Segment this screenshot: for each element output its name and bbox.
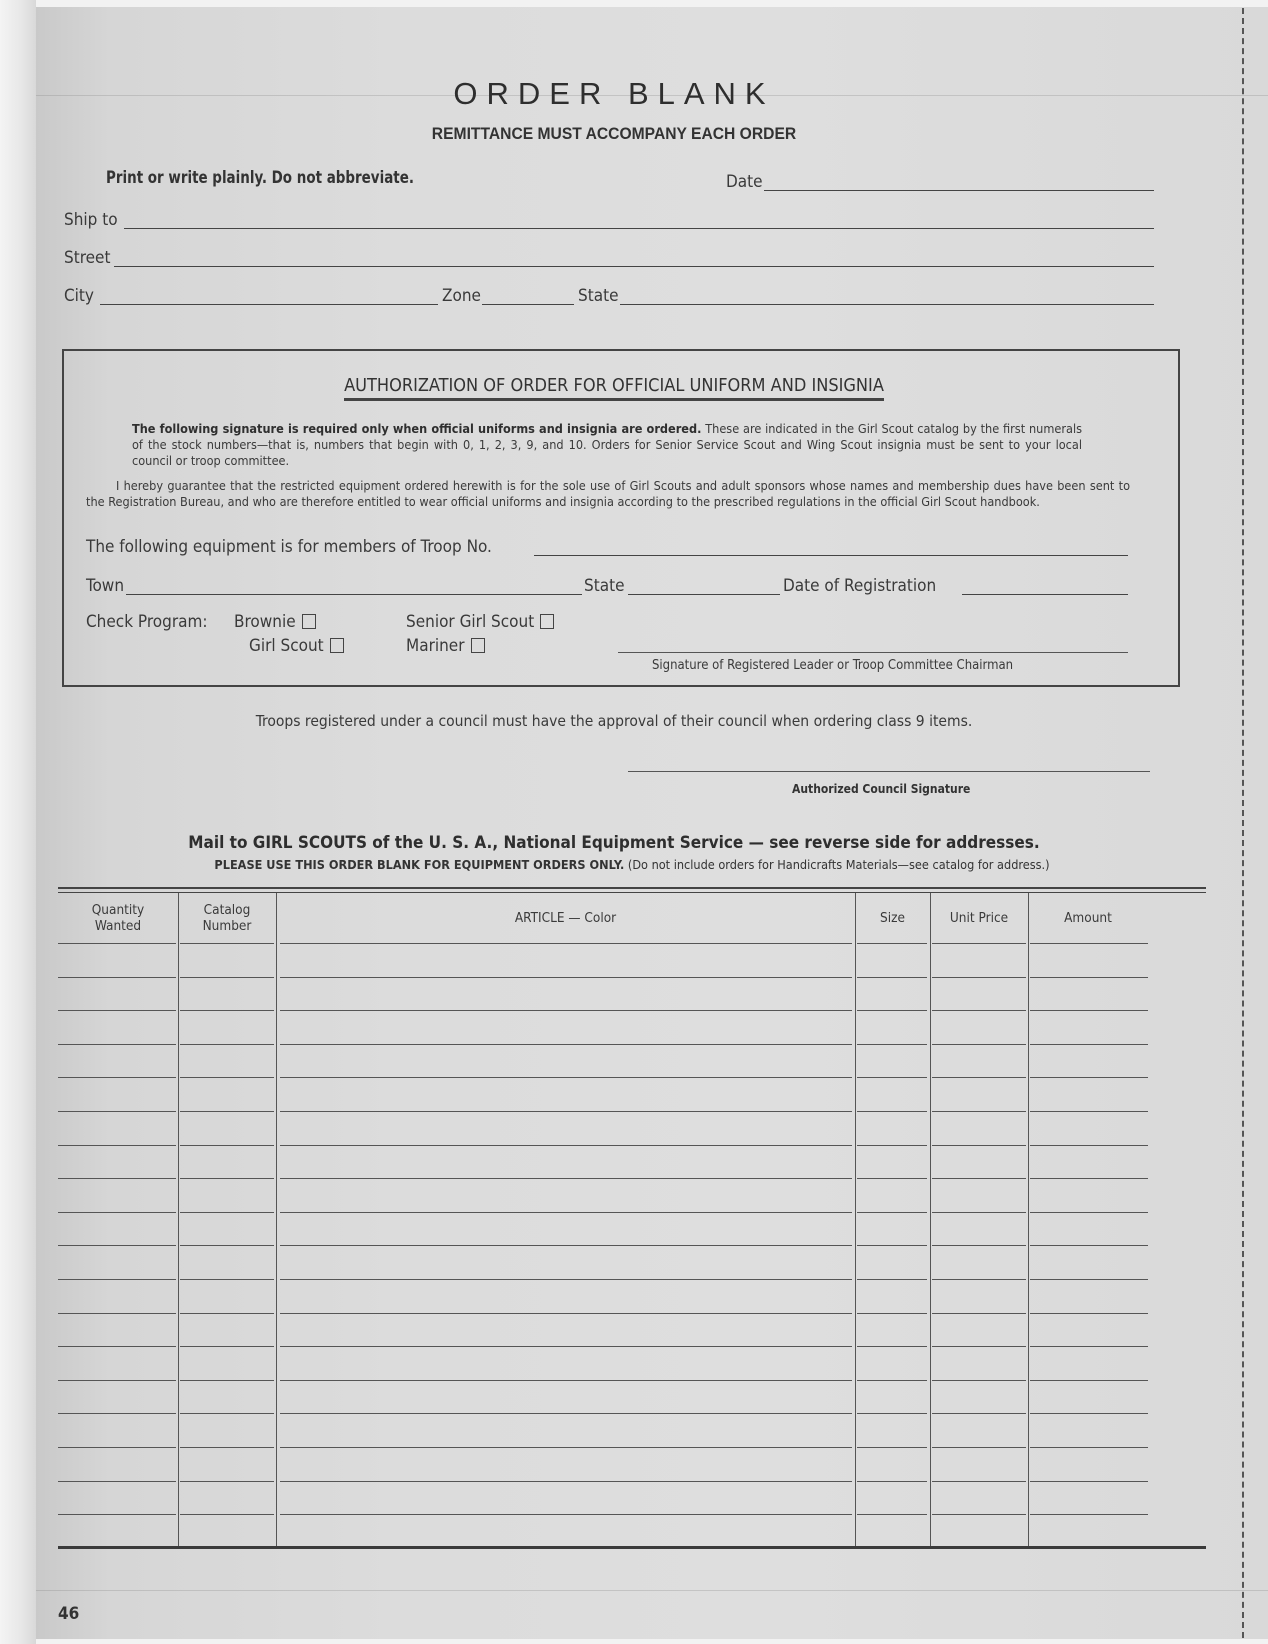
table-row-line[interactable]	[932, 1044, 1026, 1045]
table-row-line[interactable]	[932, 1145, 1026, 1146]
state-label: State	[578, 286, 618, 306]
header-quantity-line1: Quantity	[58, 902, 178, 918]
table-row-line[interactable]	[280, 943, 852, 944]
table-row-line[interactable]	[932, 977, 1026, 978]
table-row-line[interactable]	[280, 1145, 852, 1146]
page-title: ORDER BLANK	[0, 76, 1228, 112]
table-row-line[interactable]	[280, 1077, 852, 1078]
table-row-line[interactable]	[932, 1111, 1026, 1112]
remittance-notice: REMITTANCE MUST ACCOMPANY EACH ORDER	[49, 124, 1179, 144]
table-row-line[interactable]	[1030, 1413, 1148, 1414]
table-row-line[interactable]	[58, 1077, 176, 1078]
authorization-requirement-bold: The following signature is required only…	[132, 421, 701, 436]
table-row-line[interactable]	[857, 1279, 927, 1280]
table-row-line[interactable]	[857, 977, 927, 978]
table-row-line[interactable]	[857, 1346, 927, 1347]
table-row-line[interactable]	[932, 1010, 1026, 1011]
senior-girl-scout-checkbox[interactable]	[540, 614, 554, 629]
table-row-line[interactable]	[180, 1380, 274, 1381]
table-row-line[interactable]	[180, 943, 274, 944]
date-label: Date	[726, 172, 763, 192]
table-row-line[interactable]	[1030, 1245, 1148, 1246]
ship-to-label: Ship to	[64, 210, 118, 230]
program-option-mariner[interactable]: Mariner	[406, 636, 485, 656]
mariner-checkbox[interactable]	[471, 638, 485, 653]
equipment-only-bold: PLEASE USE THIS ORDER BLANK FOR EQUIPMEN…	[214, 857, 624, 872]
equipment-only-rest: (Do not include orders for Handicrafts M…	[624, 857, 1049, 872]
table-row-line[interactable]	[857, 1245, 927, 1246]
program-brownie-label: Brownie	[234, 612, 296, 632]
table-row-line[interactable]	[1030, 1111, 1148, 1112]
table-row-line[interactable]	[280, 1413, 852, 1414]
table-row-line[interactable]	[58, 1313, 176, 1314]
fold-line	[36, 1590, 1268, 1591]
table-row-line[interactable]	[58, 1380, 176, 1381]
table-row-line[interactable]	[932, 1313, 1026, 1314]
column-divider	[855, 893, 856, 1546]
table-row-line[interactable]	[280, 977, 852, 978]
table-row-line[interactable]	[857, 1111, 927, 1112]
table-row-line[interactable]	[1030, 1212, 1148, 1213]
table-row-line[interactable]	[1030, 1145, 1148, 1146]
table-row-line[interactable]	[58, 1413, 176, 1414]
table-row-line[interactable]	[857, 1514, 927, 1515]
table-row-line[interactable]	[58, 1111, 176, 1112]
table-row-line[interactable]	[857, 1077, 927, 1078]
program-option-brownie[interactable]: Brownie	[234, 612, 316, 632]
table-row-line[interactable]	[180, 1145, 274, 1146]
table-row-line[interactable]	[180, 1111, 274, 1112]
table-row-line[interactable]	[180, 1346, 274, 1347]
table-row-line[interactable]	[857, 1447, 927, 1448]
table-row-line[interactable]	[932, 1481, 1026, 1482]
auth-state-field[interactable]	[628, 594, 780, 595]
table-row-line[interactable]	[857, 1212, 927, 1213]
table-row-line[interactable]	[932, 1279, 1026, 1280]
table-row-line[interactable]	[857, 1481, 927, 1482]
city-label: City	[64, 286, 94, 306]
table-row-line[interactable]	[180, 1413, 274, 1414]
authorization-guarantee: I hereby guarantee that the restricted e…	[86, 478, 1130, 510]
header-catalog-line1: Catalog	[178, 902, 276, 918]
table-row-line[interactable]	[180, 1077, 274, 1078]
column-divider	[930, 893, 931, 1546]
column-divider	[178, 893, 179, 1546]
table-row-line[interactable]	[857, 1145, 927, 1146]
table-row-line[interactable]	[280, 1313, 852, 1314]
table-row-line[interactable]	[1030, 977, 1148, 978]
state-field[interactable]	[620, 304, 1154, 305]
scan-left-margin	[0, 0, 36, 1644]
leader-signature-caption: Signature of Registered Leader or Troop …	[652, 658, 1013, 673]
table-row-line[interactable]	[1030, 1077, 1148, 1078]
table-row-line[interactable]	[58, 1145, 176, 1146]
council-signature-caption: Authorized Council Signature	[792, 782, 970, 796]
ship-to-field[interactable]	[124, 228, 1154, 229]
table-row-line[interactable]	[1030, 1313, 1148, 1314]
table-row-line[interactable]	[1030, 1178, 1148, 1179]
print-instruction: Print or write plainly. Do not abbreviat…	[106, 168, 414, 188]
page-number: 46	[58, 1604, 79, 1624]
authorization-paragraph-1: The following signature is required only…	[132, 421, 1082, 469]
table-row-line[interactable]	[180, 1010, 274, 1011]
authorization-title-text: AUTHORIZATION OF ORDER FOR OFFICIAL UNIF…	[344, 375, 884, 401]
perforation-cut-line	[1242, 8, 1244, 1638]
table-row-line[interactable]	[932, 1447, 1026, 1448]
header-article-color: ARTICLE — Color	[276, 910, 855, 926]
table-row-line[interactable]	[180, 1481, 274, 1482]
table-row-line[interactable]	[280, 1212, 852, 1213]
table-row-line[interactable]	[932, 1178, 1026, 1179]
table-row-line[interactable]	[180, 1514, 274, 1515]
table-row-line[interactable]	[1030, 1279, 1148, 1280]
table-row-line[interactable]	[932, 1514, 1026, 1515]
mail-to-instruction: Mail to GIRL SCOUTS of the U. S. A., Nat…	[0, 833, 1228, 853]
table-row-line[interactable]	[280, 1346, 852, 1347]
town-field[interactable]	[126, 594, 582, 595]
table-row-line[interactable]	[932, 1212, 1026, 1213]
table-row-line[interactable]	[1030, 1380, 1148, 1381]
program-option-girl-scout[interactable]: Girl Scout	[249, 636, 344, 656]
table-row-line[interactable]	[180, 1178, 274, 1179]
program-mariner-label: Mariner	[406, 636, 465, 656]
auth-state-label: State	[584, 576, 624, 596]
table-row-line[interactable]	[280, 1044, 852, 1045]
table-row-line[interactable]	[857, 1010, 927, 1011]
table-row-line[interactable]	[1030, 943, 1148, 944]
table-row-line[interactable]	[280, 1380, 852, 1381]
table-row-line[interactable]	[932, 943, 1026, 944]
table-row-line[interactable]	[58, 1178, 176, 1179]
date-field[interactable]	[764, 190, 1154, 191]
table-row-line[interactable]	[1030, 1010, 1148, 1011]
header-quantity-wanted: QuantityWanted	[58, 902, 178, 934]
troop-number-label: The following equipment is for members o…	[86, 537, 492, 557]
table-row-line[interactable]	[280, 1010, 852, 1011]
street-field[interactable]	[114, 266, 1154, 267]
table-row-line[interactable]	[857, 943, 927, 944]
table-row-line[interactable]	[932, 1380, 1026, 1381]
table-row-line[interactable]	[857, 1313, 927, 1314]
street-label: Street	[64, 248, 110, 268]
table-row-line[interactable]	[58, 1212, 176, 1213]
troop-number-field[interactable]	[534, 555, 1128, 556]
table-row-line[interactable]	[180, 1313, 274, 1314]
town-label: Town	[86, 576, 124, 596]
table-row-line[interactable]	[58, 1044, 176, 1045]
table-row-line[interactable]	[1030, 1447, 1148, 1448]
program-option-senior-girl-scout[interactable]: Senior Girl Scout	[406, 612, 554, 632]
header-unit-price: Unit Price	[930, 910, 1028, 926]
date-of-registration-label: Date of Registration	[783, 576, 936, 596]
table-bottom-border	[58, 1546, 1206, 1549]
table-row-line[interactable]	[857, 1178, 927, 1179]
header-catalog-number: CatalogNumber	[178, 902, 276, 934]
table-row-line[interactable]	[58, 1346, 176, 1347]
table-row-line[interactable]	[857, 1413, 927, 1414]
order-blank-page	[36, 7, 1268, 1639]
check-program-label: Check Program:	[86, 612, 208, 632]
table-row-line[interactable]	[280, 1447, 852, 1448]
header-catalog-line2: Number	[178, 918, 276, 934]
table-row-line[interactable]	[857, 1044, 927, 1045]
table-row-line[interactable]	[280, 1178, 852, 1179]
date-of-registration-field[interactable]	[962, 594, 1128, 595]
table-row-line[interactable]	[280, 1279, 852, 1280]
table-row-line[interactable]	[58, 1481, 176, 1482]
table-row-line[interactable]	[857, 1380, 927, 1381]
table-row-line[interactable]	[180, 977, 274, 978]
header-size: Size	[855, 910, 930, 926]
table-row-line[interactable]	[932, 1346, 1026, 1347]
header-amount: Amount	[1028, 910, 1148, 926]
table-row-line[interactable]	[58, 1447, 176, 1448]
table-row-line[interactable]	[1030, 1346, 1148, 1347]
table-row-line[interactable]	[180, 1245, 274, 1246]
table-row-line[interactable]	[932, 1077, 1026, 1078]
table-row-line[interactable]	[180, 1212, 274, 1213]
table-row-line[interactable]	[1030, 1044, 1148, 1045]
brownie-checkbox[interactable]	[302, 614, 316, 629]
table-row-line[interactable]	[280, 1245, 852, 1246]
authorization-title: AUTHORIZATION OF ORDER FOR OFFICIAL UNIF…	[0, 375, 1228, 396]
council-signature-field[interactable]	[628, 771, 1150, 772]
table-row-line[interactable]	[932, 1245, 1026, 1246]
table-row-line[interactable]	[58, 943, 176, 944]
column-divider	[276, 893, 277, 1546]
table-row-line[interactable]	[1030, 1514, 1148, 1515]
table-row-line[interactable]	[58, 1279, 176, 1280]
table-row-line[interactable]	[280, 1514, 852, 1515]
zone-field[interactable]	[482, 304, 574, 305]
table-row-line[interactable]	[58, 977, 176, 978]
table-row-line[interactable]	[180, 1447, 274, 1448]
table-row-line[interactable]	[58, 1245, 176, 1246]
council-approval-note: Troops registered under a council must h…	[0, 712, 1228, 730]
table-row-line[interactable]	[280, 1111, 852, 1112]
leader-signature-field[interactable]	[618, 652, 1128, 653]
table-top-border	[58, 887, 1206, 889]
header-quantity-line2: Wanted	[58, 918, 178, 934]
table-row-line[interactable]	[280, 1481, 852, 1482]
program-girl-scout-label: Girl Scout	[249, 636, 324, 656]
column-divider	[1028, 893, 1029, 1546]
zone-label: Zone	[442, 286, 481, 306]
program-senior-label: Senior Girl Scout	[406, 612, 534, 632]
equipment-only-notice: PLEASE USE THIS ORDER BLANK FOR EQUIPMEN…	[58, 857, 1206, 872]
city-field[interactable]	[100, 304, 438, 305]
table-row-line[interactable]	[58, 1010, 176, 1011]
table-row-line[interactable]	[180, 1279, 274, 1280]
girl-scout-checkbox[interactable]	[330, 638, 344, 653]
table-row-line[interactable]	[932, 1413, 1026, 1414]
table-row-line[interactable]	[58, 1514, 176, 1515]
table-row-line[interactable]	[1030, 1481, 1148, 1482]
table-top-border-inner	[58, 892, 1206, 893]
table-row-line[interactable]	[180, 1044, 274, 1045]
